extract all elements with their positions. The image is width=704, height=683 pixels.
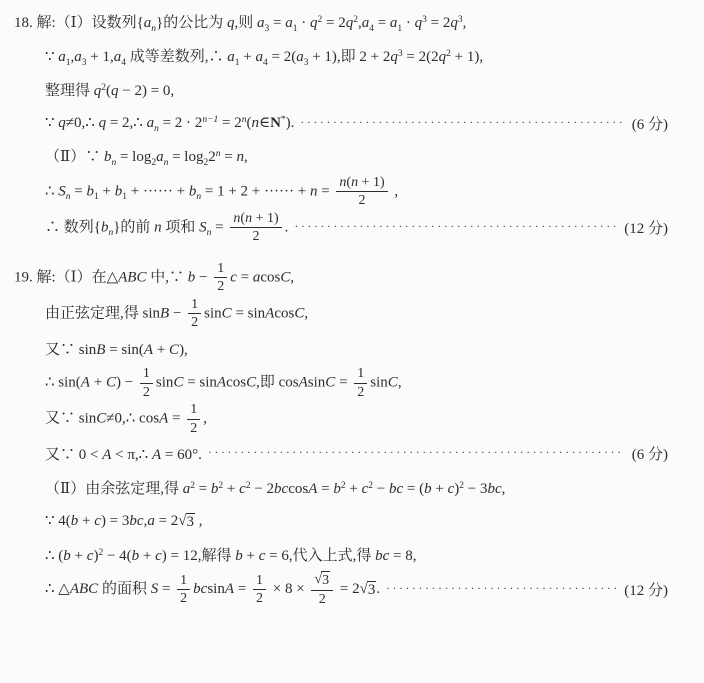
solution-line-18-7: ∴ 数列{bn}的前 n 项和 Sn = n(n + 1)2.·········…: [14, 210, 668, 246]
radicand: 3: [186, 513, 196, 531]
text-run: =: [195, 481, 211, 497]
math-var: a: [256, 49, 264, 65]
math-var: C: [388, 374, 398, 390]
math-var: S: [58, 183, 66, 199]
formula-run: ∴ Sn = b1 + b1 + ······ + bn = 1 + 2 + ·…: [45, 174, 398, 210]
fraction: 12: [188, 296, 201, 332]
text-run: ∵ 4(: [45, 513, 71, 529]
solution-line-18-4: ∵ q≠0,∴ q = 2,∴ an = 2 · 2n−1 = 2n(n∈N*)…: [14, 107, 668, 141]
solution-line-19-1: 19. 解:（Ⅰ）在△ABC 中,∵ b − 12c = acosC,: [14, 260, 668, 296]
text-run: 1: [191, 297, 198, 312]
math-var: b: [235, 548, 243, 564]
problem-19-solution: 19. 解:（Ⅰ）在△ABC 中,∵ b − 12c = acosC,由正弦定理…: [14, 260, 668, 609]
formula-run: ∴ 数列{bn}的前 n 项和 Sn = n(n + 1)2.: [45, 210, 288, 246]
text-run: ) −: [116, 374, 137, 390]
text-run: × 8 ×: [269, 581, 308, 597]
formula-run: 整理得 q2(q − 2) = 0,: [45, 79, 174, 100]
text-run: 1: [190, 402, 197, 417]
text-run: （Ⅱ）∵: [45, 149, 104, 165]
math-var: b: [333, 481, 341, 497]
text-run: = 2(2: [403, 49, 439, 65]
solution-line-18-2: ∵ a1,a3 + 1,a4 成等差数列,∴ a1 + a4 = 2(a3 + …: [14, 40, 668, 74]
fraction: 12: [354, 365, 367, 401]
fraction-denominator: 2: [250, 228, 263, 246]
math-var: c: [239, 481, 246, 497]
text-run: ,: [244, 149, 248, 165]
text-run: +: [243, 548, 259, 564]
math-var: C: [106, 374, 116, 390]
fraction-denominator: 2: [177, 590, 190, 608]
formula-run: ∵ a1,a3 + 1,a4 成等差数列,∴ a1 + a4 = 2(a3 + …: [45, 45, 483, 68]
math-var: C: [325, 374, 335, 390]
math-var: C: [280, 269, 290, 285]
fraction-numerator: n(n + 1): [336, 174, 387, 193]
fraction-denominator: 2: [214, 278, 227, 296]
math-var: A: [144, 342, 153, 358]
solution-line-18-3: 整理得 q2(q − 2) = 0,: [14, 73, 668, 107]
text-run: = 1 + 2 + ······ +: [201, 183, 310, 199]
text-run: 2: [357, 385, 364, 400]
math-var: q: [450, 15, 458, 31]
text-run: =: [234, 581, 250, 597]
text-run: ≠0,∴ cos: [106, 410, 159, 426]
text-run: −: [169, 305, 185, 321]
dotted-leader: ········································…: [208, 445, 624, 460]
formula-run: 又∵ sinB = sin(A + C),: [45, 338, 188, 359]
text-run: + 1): [252, 211, 279, 226]
math-var: b: [424, 481, 432, 497]
text-run: =: [71, 183, 87, 199]
formula-run: ∴ (b + c)2 − 4(b + c) = 12,解得 b + c = 6,…: [45, 544, 417, 565]
solution-line-19-9: ∴ (b + c)2 − 4(b + c) = 12,解得 b + c = 6,…: [14, 538, 668, 572]
text-run: 中,∵: [146, 269, 187, 285]
text-run: −: [195, 269, 211, 285]
text-run: =: [237, 269, 253, 285]
text-run: cos: [288, 481, 308, 497]
math-var: bc: [389, 481, 403, 497]
text-run: 2: [143, 385, 150, 400]
text-run: ) = 12,解得: [162, 548, 235, 564]
text-run: ,: [203, 410, 207, 426]
formula-run: ∵ q≠0,∴ q = 2,∴ an = 2 · 2n−1 = 2n(n∈N*)…: [45, 113, 294, 134]
fraction-numerator: 1: [253, 572, 266, 591]
solution-line-19-10: ∴ △ABC 的面积 S = 12bcsinA = 12 × 8 × √32 =…: [14, 571, 668, 608]
text-run: = 6,代入上式,得: [265, 548, 375, 564]
text-run: 1: [256, 573, 263, 588]
formula-run: （Ⅱ）∵ bn = log2an = log22n = n,: [45, 145, 248, 168]
text-run: 2: [217, 279, 224, 294]
text-run: ∴ sin(: [45, 374, 81, 390]
text-run: −: [373, 481, 389, 497]
math-var: a: [147, 513, 155, 529]
text-run: =: [317, 481, 333, 497]
text-run: }的公比为: [156, 15, 227, 31]
text-run: + 1),: [451, 49, 483, 65]
text-run: (12 分): [624, 221, 668, 237]
math-var: a: [58, 49, 66, 65]
math-var: C: [169, 342, 179, 358]
text-run: = 2: [427, 15, 450, 31]
formula-run: （Ⅱ）由余弦定理,得 a2 = b2 + c2 − 2bccosA = b2 +…: [45, 477, 505, 498]
fraction: 12: [177, 572, 190, 608]
math-var: a: [147, 115, 155, 131]
score-label: (12 分): [624, 579, 668, 600]
text-run: = 2,∴: [106, 115, 147, 131]
formula-run: ∵ 4(b + c) = 3bc,a = 2√3 ,: [45, 511, 203, 531]
math-var: C: [96, 410, 106, 426]
math-var: A: [81, 374, 90, 390]
fraction-numerator: √3: [311, 571, 333, 591]
solution-line-19-2: 由正弦定理,得 sinB − 12sinC = sinAcosC,: [14, 296, 668, 332]
solution-line-18-5: （Ⅱ）∵ bn = log2an = log22n = n,: [14, 140, 668, 174]
text-run: ,即 cos: [256, 374, 299, 390]
fraction-denominator: 2: [187, 420, 200, 438]
text-run: ),: [179, 342, 188, 358]
solution-line-19-7: （Ⅱ）由余弦定理,得 a2 = b2 + c2 − 2bccosA = b2 +…: [14, 471, 668, 505]
text-run: = 2: [322, 15, 345, 31]
solution-line-18-6: ∴ Sn = b1 + b1 + ······ + bn = 1 + 2 + ·…: [14, 174, 668, 210]
text-run: = 2: [336, 581, 359, 597]
radicand: 3: [321, 571, 330, 590]
text-run: sin: [370, 374, 388, 390]
fraction-denominator: 2: [354, 384, 367, 402]
score-label: (6 分): [632, 113, 668, 134]
math-var: a: [156, 149, 164, 165]
text-run: < π,∴: [111, 447, 152, 463]
fraction-numerator: 1: [177, 572, 190, 591]
formula-run: 19. 解:（Ⅰ）在△ABC 中,∵ b − 12c = acosC,: [14, 260, 294, 296]
text-run: }的前: [113, 219, 154, 235]
text-run: +: [432, 481, 448, 497]
text-run: ∈: [259, 115, 270, 131]
text-run: = (: [403, 481, 424, 497]
math-var: n: [245, 211, 252, 226]
text-run: .: [376, 581, 380, 597]
text-run: ∴: [45, 183, 58, 199]
text-run: ,: [463, 15, 467, 31]
text-run: sin: [156, 374, 174, 390]
fraction: 12: [253, 572, 266, 608]
text-run: ∴ △: [45, 581, 70, 597]
math-var: q: [111, 83, 119, 99]
text-run: 由正弦定理,得 sin: [45, 305, 160, 321]
math-var: b: [87, 183, 95, 199]
text-run: +: [90, 374, 106, 390]
text-run: cos: [274, 305, 294, 321]
math-var: q: [390, 49, 398, 65]
text-run: +: [223, 481, 239, 497]
math-var: A: [102, 447, 111, 463]
text-run: 2: [180, 591, 187, 606]
text-run: =: [374, 15, 390, 31]
math-var: n: [251, 115, 259, 131]
fraction: √32: [311, 571, 333, 608]
score-label: (12 分): [624, 217, 668, 238]
text-run: = log: [116, 149, 151, 165]
text-run: ·: [297, 15, 310, 31]
text-run: ,: [391, 183, 399, 199]
bold-symbol: N: [270, 115, 281, 131]
formula-run: ∴ △ABC 的面积 S = 12bcsinA = 12 × 8 × √32 =…: [45, 571, 380, 608]
math-var: ABC: [118, 269, 146, 285]
math-var: A: [299, 374, 308, 390]
math-var: A: [225, 581, 234, 597]
math-var: bc: [193, 581, 207, 597]
text-run: +: [139, 548, 155, 564]
text-run: = sin(: [105, 342, 143, 358]
text-run: cos: [226, 374, 246, 390]
math-var: C: [246, 374, 256, 390]
math-var: c: [155, 548, 162, 564]
text-run: +: [99, 183, 115, 199]
text-run: − 2) = 0,: [119, 83, 175, 99]
math-var: A: [265, 305, 274, 321]
fraction-numerator: 1: [140, 365, 153, 384]
score-label: (6 分): [632, 443, 668, 464]
text-run: (6 分): [632, 117, 668, 133]
text-run: ≠0,∴: [66, 115, 99, 131]
text-run: − 2: [251, 481, 274, 497]
text-run: ∵: [45, 49, 58, 65]
math-var: C: [173, 374, 183, 390]
formula-run: 又∵ 0 < A < π,∴ A = 60°.: [45, 443, 202, 464]
math-var: B: [160, 305, 169, 321]
text-run: +: [240, 49, 256, 65]
superscript: n−1: [202, 114, 218, 124]
text-run: − 3: [464, 481, 487, 497]
text-run: 又∵ sin: [45, 410, 96, 426]
text-run: = log: [168, 149, 203, 165]
math-var: c: [230, 269, 237, 285]
text-run: + 1),即 2 + 2: [308, 49, 390, 65]
text-run: 项和: [162, 219, 200, 235]
text-run: sin: [204, 305, 222, 321]
math-var: bc: [487, 481, 501, 497]
math-var: bc: [129, 513, 143, 529]
fraction-denominator: 2: [253, 590, 266, 608]
text-run: +: [71, 548, 87, 564]
text-run: ∴ (: [45, 548, 63, 564]
problem-18-solution: 18. 解:（Ⅰ）设数列{an}的公比为 q,则 a3 = a1 · q2 = …: [14, 6, 668, 246]
formula-run: ∴ sin(A + C) − 12sinC = sinAcosC,即 cosAs…: [45, 365, 402, 401]
dotted-leader: ········································…: [386, 581, 616, 596]
text-run: 2: [191, 315, 198, 330]
math-var: C: [222, 305, 232, 321]
text-run: 2: [208, 149, 216, 165]
text-run: ,: [304, 305, 308, 321]
fraction: 12: [140, 365, 153, 401]
math-var: A: [152, 447, 161, 463]
text-run: 整理得: [45, 83, 94, 99]
math-var: n: [236, 149, 244, 165]
math-var: A: [308, 481, 317, 497]
text-run: 又∵ 0 <: [45, 447, 102, 463]
text-run: =: [335, 374, 351, 390]
text-run: = 2: [218, 115, 241, 131]
text-run: = 8,: [389, 548, 416, 564]
text-run: 的面积: [98, 581, 151, 597]
text-run: 成等差数列,∴: [126, 49, 227, 65]
text-run: + 1,: [87, 49, 114, 65]
math-var: A: [217, 374, 226, 390]
math-var: S: [199, 219, 207, 235]
math-var: q: [99, 115, 107, 131]
sqrt-radical: √3: [178, 513, 195, 531]
text-run: 2: [256, 591, 263, 606]
text-run: cos: [260, 269, 280, 285]
text-run: =: [158, 581, 174, 597]
solution-line-18-1: 18. 解:（Ⅰ）设数列{an}的公比为 q,则 a3 = a1 · q2 = …: [14, 6, 668, 40]
fraction: 12: [187, 401, 200, 437]
text-run: (12 分): [624, 583, 668, 599]
text-run: .: [285, 219, 289, 235]
math-var: ABC: [70, 581, 98, 597]
text-run: ) = 3: [101, 513, 129, 529]
solution-line-19-5: 又∵ sinC≠0,∴ cosA = 12,: [14, 401, 668, 437]
radical-sign: √: [360, 581, 367, 598]
dotted-leader: ········································…: [300, 115, 623, 130]
radicand: 3: [367, 581, 377, 599]
text-run: ,: [502, 481, 506, 497]
solution-line-19-6: 又∵ 0 < A < π,∴ A = 60°.·················…: [14, 437, 668, 471]
text-run: = 60°.: [161, 447, 202, 463]
text-run: 1: [143, 366, 150, 381]
radical-sign: √: [178, 513, 185, 530]
math-var: C: [294, 305, 304, 321]
text-run: =: [269, 15, 285, 31]
text-run: +: [346, 481, 362, 497]
text-run: = sin: [232, 305, 265, 321]
solution-line-19-3: 又∵ sinB = sin(A + C),: [14, 332, 668, 366]
math-var: a: [285, 15, 293, 31]
math-var: bc: [274, 481, 288, 497]
text-run: sin: [207, 581, 225, 597]
math-var: a: [257, 15, 265, 31]
text-run: =: [317, 183, 333, 199]
solution-line-19-4: ∴ sin(A + C) − 12sinC = sinAcosC,即 cosAs…: [14, 365, 668, 401]
text-run: +: [78, 513, 94, 529]
text-run: ,则: [235, 15, 258, 31]
fraction-denominator: 2: [316, 591, 329, 609]
text-run: 1: [180, 573, 187, 588]
math-var: a: [74, 49, 82, 65]
text-run: 又∵ sin: [45, 342, 96, 358]
math-var: q: [227, 15, 235, 31]
text-run: =: [168, 410, 184, 426]
solution-line-19-8: ∵ 4(b + c) = 3bc,a = 2√3 ,: [14, 504, 668, 538]
math-var: b: [63, 548, 71, 564]
fraction-numerator: 1: [214, 260, 227, 279]
text-run: (6 分): [632, 447, 668, 463]
text-run: 1: [217, 261, 224, 276]
fraction-numerator: n(n + 1): [230, 210, 281, 229]
text-run: （Ⅱ）由余弦定理,得: [45, 481, 183, 497]
text-run: ∴ 数列{: [45, 219, 101, 235]
text-run: +: [153, 342, 169, 358]
radical-sign: √: [314, 571, 321, 589]
dotted-leader: ········································…: [294, 219, 616, 234]
text-run: = 2: [155, 513, 178, 529]
text-run: 1: [357, 366, 364, 381]
text-run: 2: [359, 193, 366, 208]
text-run: − 4(: [103, 548, 131, 564]
text-run: + ······ +: [127, 183, 189, 199]
math-var: n: [154, 219, 162, 235]
text-run: ).: [286, 115, 295, 131]
text-run: ,: [398, 374, 402, 390]
fraction: n(n + 1)2: [230, 210, 281, 246]
text-run: 2: [319, 592, 326, 607]
text-run: =: [211, 219, 227, 235]
text-run: 18. 解:（Ⅰ）设数列{: [14, 15, 144, 31]
fraction-numerator: 1: [187, 401, 200, 420]
text-run: sin: [308, 374, 326, 390]
text-run: 19. 解:（Ⅰ）在△: [14, 269, 118, 285]
text-run: ,: [195, 513, 203, 529]
text-run: = 2 · 2: [159, 115, 202, 131]
fraction-denominator: 2: [140, 384, 153, 402]
text-run: ,: [290, 269, 294, 285]
fraction-denominator: 2: [188, 314, 201, 332]
math-var: a: [227, 49, 235, 65]
fraction-denominator: 2: [356, 192, 369, 210]
fraction: 12: [214, 260, 227, 296]
document-page: 18. 解:（Ⅰ）设数列{an}的公比为 q,则 a3 = a1 · q2 = …: [14, 6, 668, 679]
math-var: q: [439, 49, 447, 65]
math-var: A: [159, 410, 168, 426]
text-run: + 1): [358, 175, 385, 190]
text-run: = 2(: [268, 49, 296, 65]
fraction-numerator: 1: [188, 296, 201, 315]
text-run: =: [220, 149, 236, 165]
math-var: a: [296, 49, 304, 65]
formula-run: 由正弦定理,得 sinB − 12sinC = sinAcosC,: [45, 296, 308, 332]
math-var: c: [94, 513, 101, 529]
fraction: n(n + 1)2: [336, 174, 387, 210]
math-var: bc: [375, 548, 389, 564]
fraction-numerator: 1: [354, 365, 367, 384]
math-var: q: [58, 115, 66, 131]
formula-run: 又∵ sinC≠0,∴ cosA = 12,: [45, 401, 207, 437]
text-run: ∵: [45, 115, 58, 131]
sqrt-radical: √3: [314, 571, 330, 590]
formula-run: 18. 解:（Ⅰ）设数列{an}的公比为 q,则 a3 = a1 · q2 = …: [14, 11, 466, 34]
text-run: 2: [253, 229, 260, 244]
sqrt-radical: √3: [360, 581, 377, 599]
text-run: ·: [402, 15, 415, 31]
text-run: 2: [190, 421, 197, 436]
text-run: = sin: [183, 374, 216, 390]
